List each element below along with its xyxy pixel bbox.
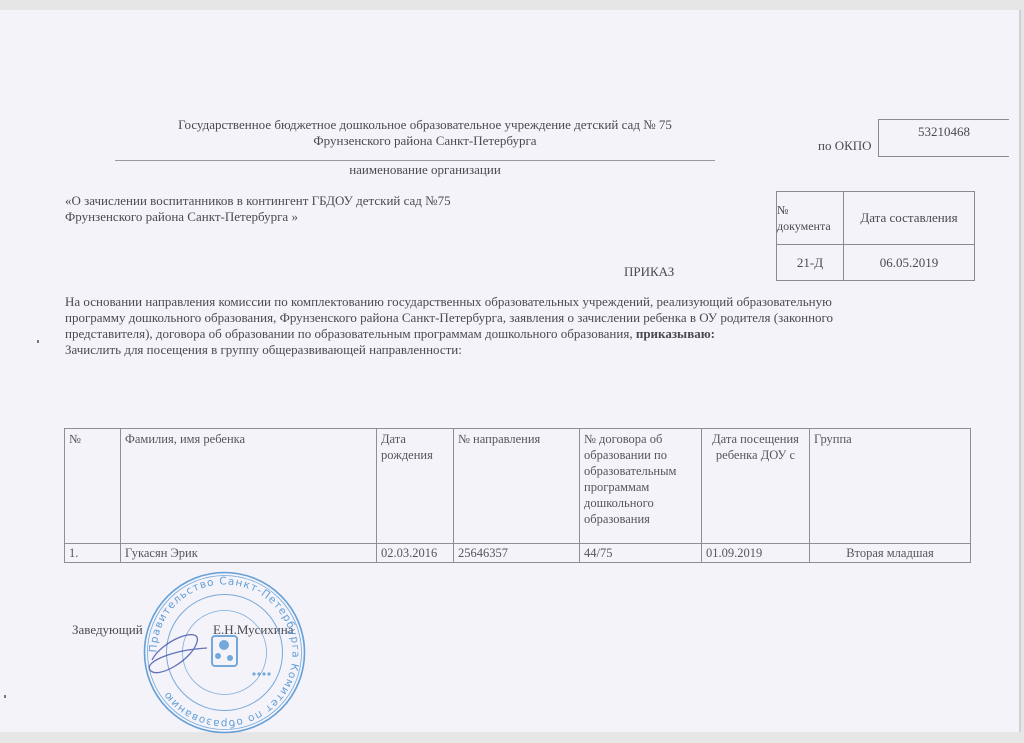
header-group: Группа	[810, 429, 971, 544]
cell-birth-date: 02.03.2016	[377, 544, 454, 563]
org-name-line1: Государственное бюджетное дошкольное обр…	[135, 117, 715, 133]
scan-mark	[4, 695, 6, 698]
cell-child-name: Гукасян Эрик	[121, 544, 377, 563]
subject-line1: «О зачислении воспитанников в контингент…	[65, 193, 451, 209]
body-line1: На основании направления комиссии по ком…	[65, 294, 965, 310]
org-name-line2: Фрунзенского района Санкт-Петербурга	[135, 133, 715, 149]
header-contract-number: № договора об образовании по образовател…	[580, 429, 702, 544]
doc-date-header: Дата составления	[844, 192, 975, 245]
body-line2: программу дошкольного образования, Фрунз…	[65, 310, 965, 326]
okpo-value: 53210468	[879, 120, 1009, 141]
scan-mark	[37, 340, 39, 343]
header-start-date: Дата посещения ребенка ДОУ с	[702, 429, 810, 544]
document-title: ПРИКАЗ	[624, 264, 674, 280]
table-row: 1. Гукасян Эрик 02.03.2016 25646357 44/7…	[65, 544, 971, 563]
subject-line2: Фрунзенского района Санкт-Петербурга »	[65, 209, 298, 225]
signature-role: Заведующий	[72, 622, 143, 638]
cell-number: 1.	[65, 544, 121, 563]
cell-referral-number: 25646357	[454, 544, 580, 563]
okpo-label: по ОКПО	[818, 138, 872, 154]
document-info-table: № документа Дата составления 21-Д 06.05.…	[776, 191, 975, 281]
table-header-row: № Фамилия, имя ребенка Дата рождения № н…	[65, 429, 971, 544]
enrollment-table: № Фамилия, имя ребенка Дата рождения № н…	[64, 428, 971, 563]
doc-number-value: 21-Д	[777, 245, 844, 281]
body-line3: представителя), договора об образовании …	[65, 326, 965, 342]
cell-group: Вторая младшая	[810, 544, 971, 563]
doc-number-header: № документа	[777, 192, 844, 245]
header-child-name: Фамилия, имя ребенка	[121, 429, 377, 544]
cell-contract-number: 44/75	[580, 544, 702, 563]
document-page: Государственное бюджетное дошкольное обр…	[0, 10, 1021, 732]
official-stamp-icon: Правительство Санкт-Петербурга Комитет п…	[142, 570, 307, 735]
okpo-value-box: 53210468	[878, 119, 1009, 157]
cell-start-date: 01.09.2019	[702, 544, 810, 563]
header-number: №	[65, 429, 121, 544]
header-birth-date: Дата рождения	[377, 429, 454, 544]
body-line4: Зачислить для посещения в группу общераз…	[65, 342, 965, 358]
body-order-word: приказываю:	[636, 326, 715, 341]
svg-text:Правительство Санкт-Петербурга: Правительство Санкт-Петербурга Комитет п…	[147, 575, 301, 729]
header-referral-number: № направления	[454, 429, 580, 544]
org-name-underline	[115, 160, 715, 161]
body-line3-text: представителя), договора об образовании …	[65, 326, 636, 341]
doc-date-value: 06.05.2019	[844, 245, 975, 281]
org-name-caption: наименование организации	[135, 162, 715, 178]
